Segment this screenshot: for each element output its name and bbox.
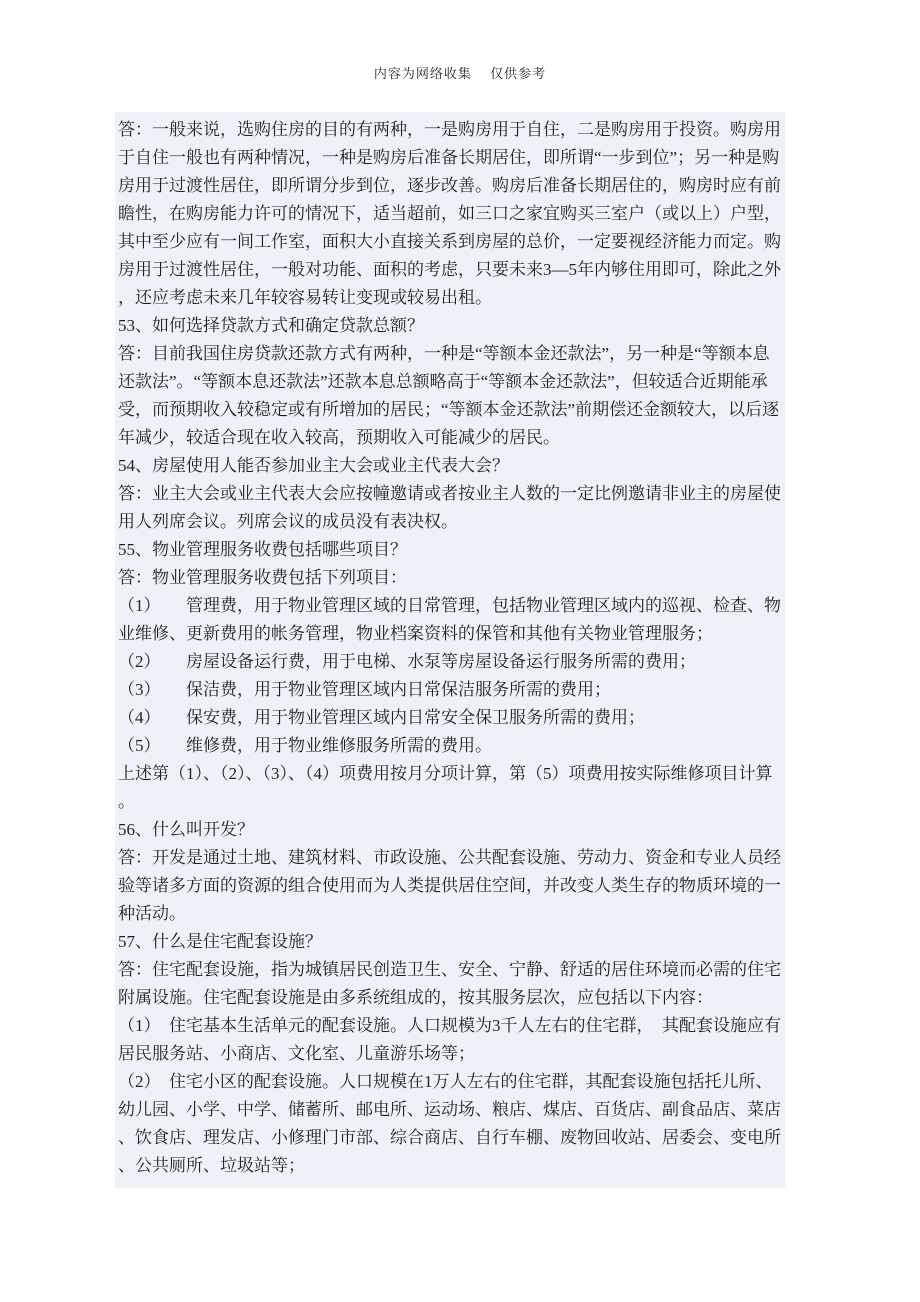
fee-item-1: （1） 管理费，用于物业管理区域的日常管理，包括物业管理区域内的巡视、检查、物业… [118, 592, 784, 648]
question-57: 57、什么是住宅配套设施？ [118, 928, 784, 956]
fee-item-3: （3） 保洁费，用于物业管理区域内日常保洁服务所需的费用； [118, 676, 784, 704]
fee-item-4: （4） 保安费，用于物业管理区域内日常安全保卫服务所需的费用； [118, 704, 784, 732]
answer-52: 答：一般来说，选购住房的目的有两种，一是购房用于自住，二是购房用于投资。购房用于… [118, 116, 784, 312]
question-56: 56、什么叫开发？ [118, 816, 784, 844]
facility-item-1: （1） 住宅基本生活单元的配套设施。人口规模为3千人左右的住宅群， 其配套设施应… [118, 1012, 784, 1068]
answer-57: 答：住宅配套设施，指为城镇居民创造卫生、安全、宁静、舒适的居住环境而必需的住宅附… [118, 956, 784, 1012]
answer-56: 答：开发是通过土地、建筑材料、市政设施、公共配套设施、劳动力、资金和专业人员经验… [118, 844, 784, 928]
answer-55: 答：物业管理服务收费包括下列项目： [118, 564, 784, 592]
question-54: 54、房屋使用人能否参加业主大会或业主代表大会？ [118, 452, 784, 480]
answer-53: 答：目前我国住房贷款还款方式有两种，一种是“等额本金还款法”，另一种是“等额本息… [118, 340, 784, 452]
facility-item-2: （2） 住宅小区的配套设施。人口规模在1万人左右的住宅群，其配套设施包括托儿所、… [118, 1068, 784, 1180]
fee-item-2: （2） 房屋设备运行费，用于电梯、水泵等房屋设备运行服务所需的费用； [118, 648, 784, 676]
question-53: 53、如何选择贷款方式和确定贷款总额？ [118, 312, 784, 340]
answer-54: 答：业主大会或业主代表大会应按幢邀请或者按业主人数的一定比例邀请非业主的房屋使用… [118, 480, 784, 536]
header-note: 内容为网络收集 仅供参考 [0, 66, 920, 82]
fee-item-5: （5） 维修费，用于物业维修服务所需的费用。 [118, 732, 784, 760]
document-body: 答：一般来说，选购住房的目的有两种，一是购房用于自住，二是购房用于投资。购房用于… [115, 112, 785, 1188]
document-page: { "page": { "background_color": "#ffffff… [0, 0, 920, 1302]
fee-note: 上述第（1）、（2）、（3）、（4）项费用按月分项计算，第（5）项费用按实际维修… [118, 760, 784, 816]
question-55: 55、物业管理服务收费包括哪些项目？ [118, 536, 784, 564]
